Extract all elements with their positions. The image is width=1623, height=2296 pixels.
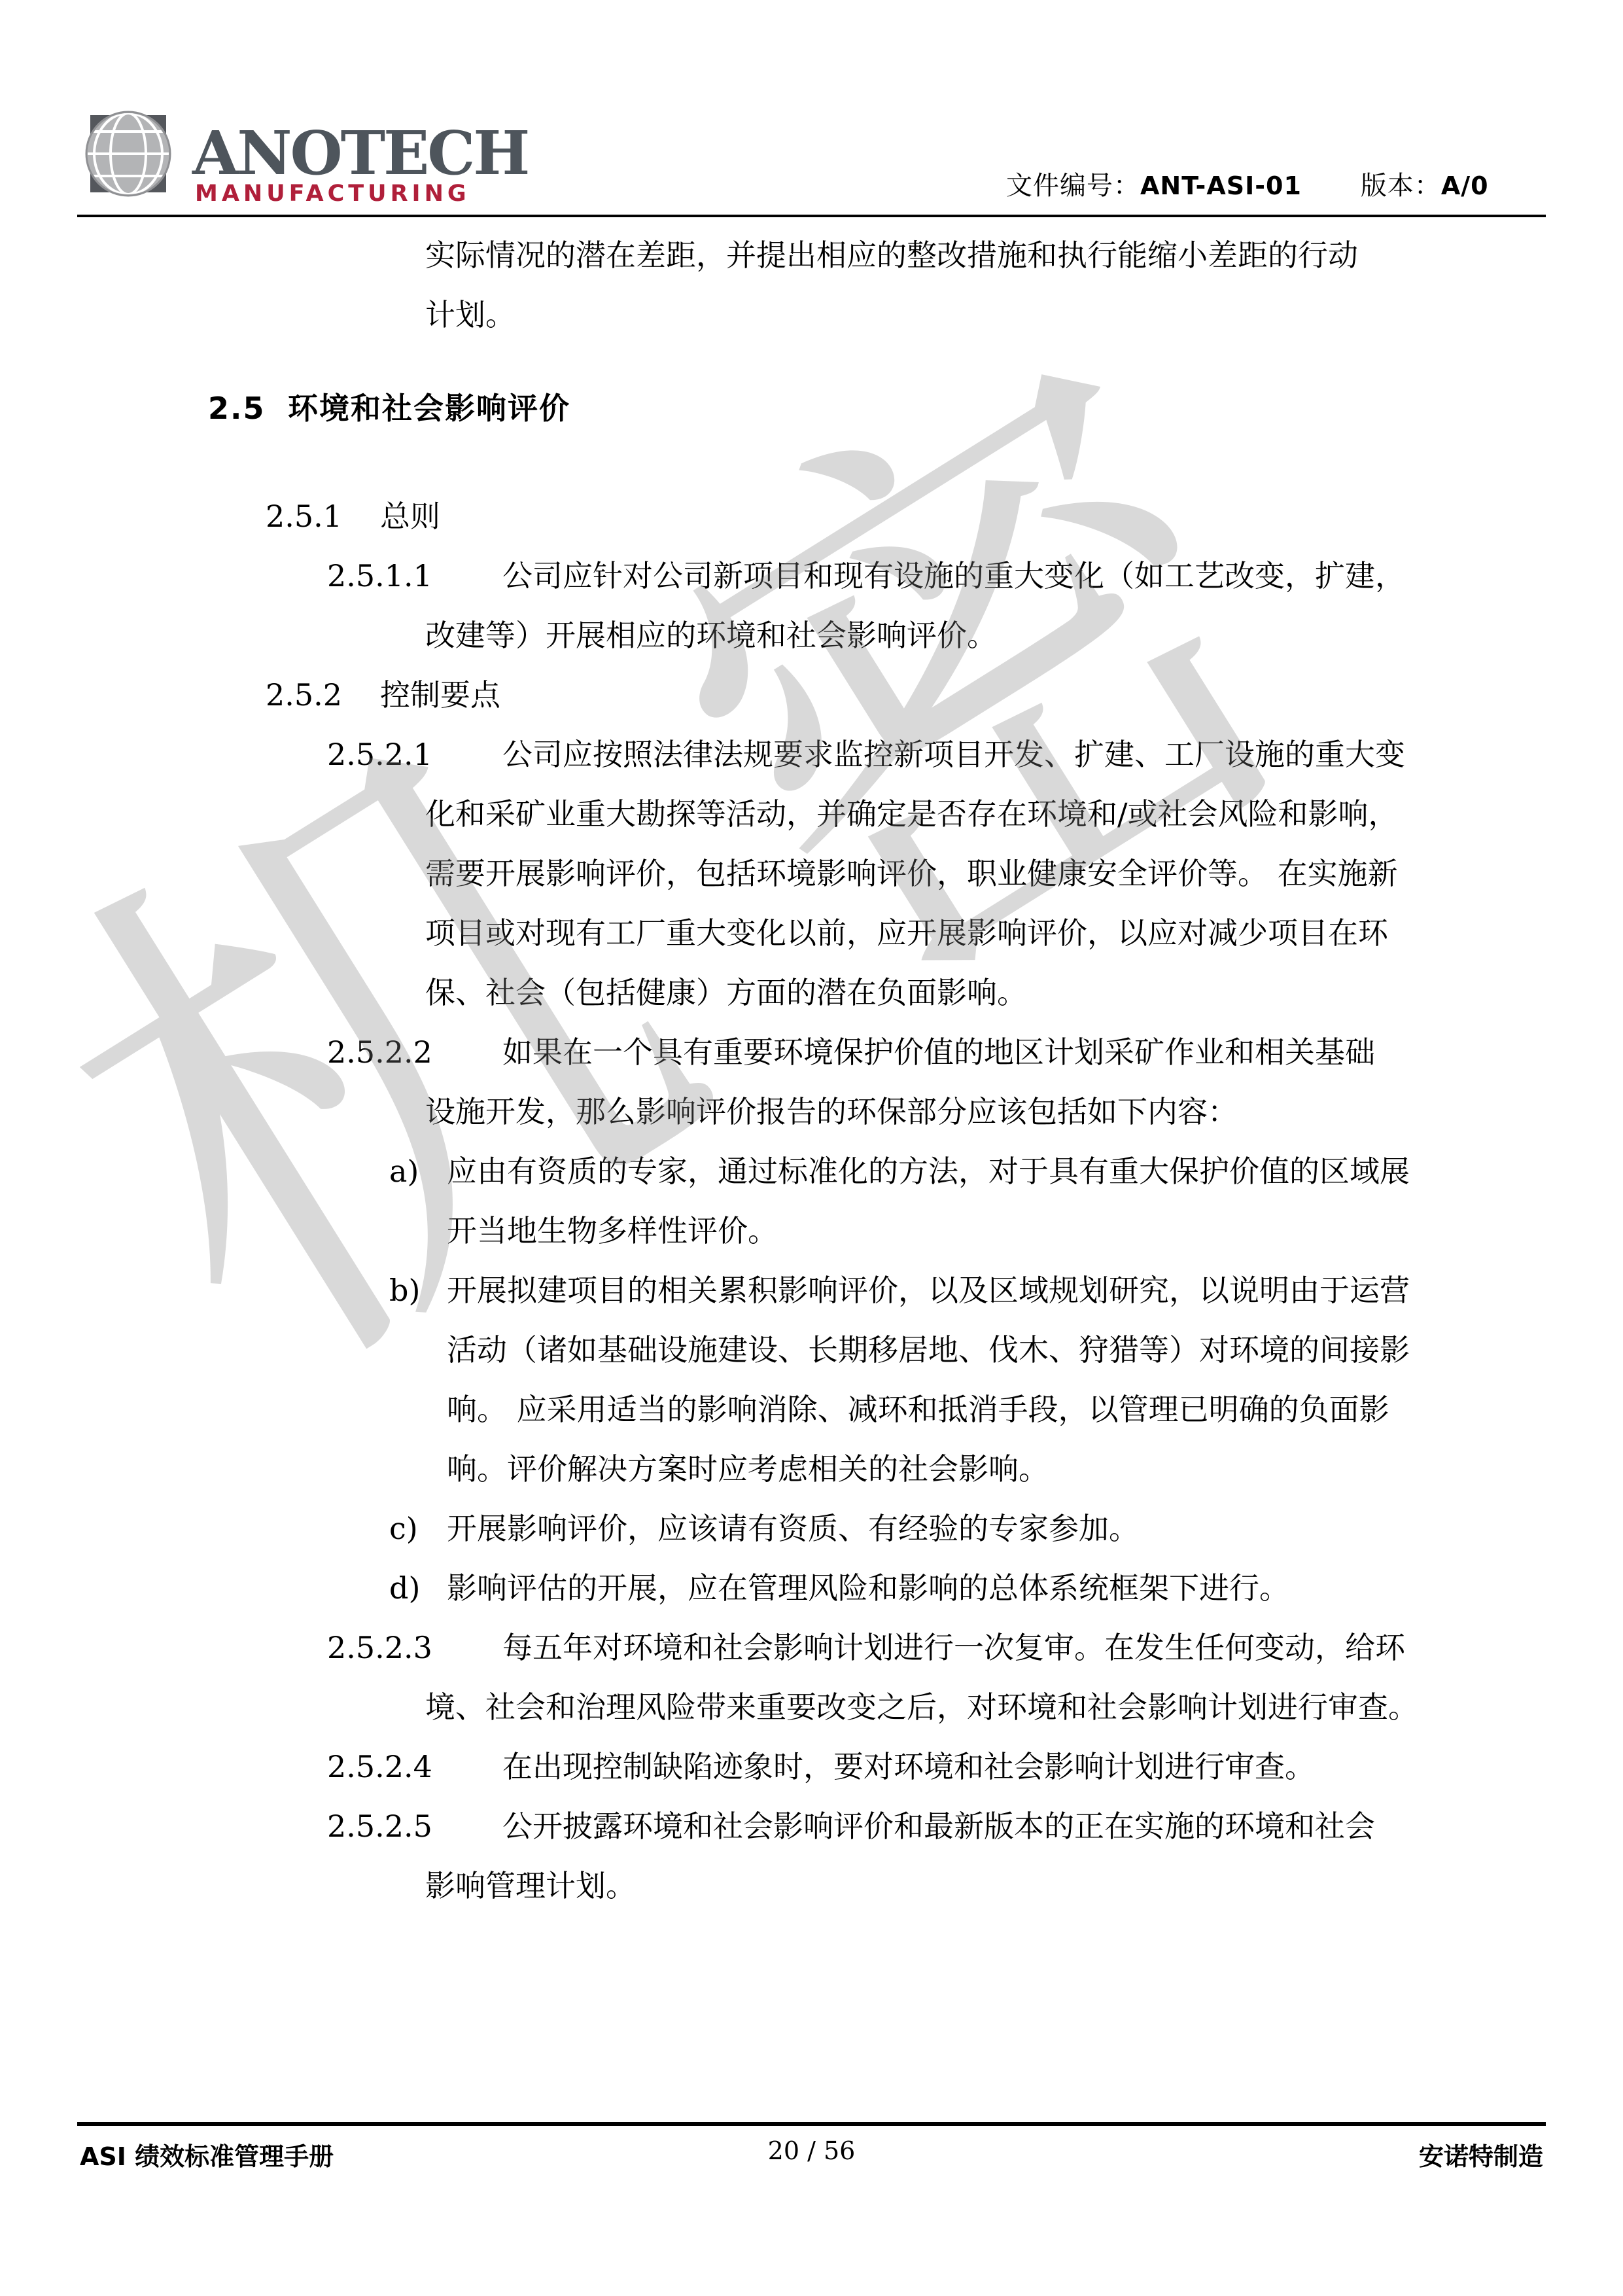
line-text: 活动（诸如基础设施建设、长期移居地、伐木、狩猎等）对环境的间接影 (447, 1332, 1410, 1368)
doc-no-label: 文件编号： (1006, 171, 1140, 201)
page-number: 20 / 56 (77, 2136, 1546, 2165)
doc-line: 境、社会和治理风险带来重要改变之后，对环境和社会影响计划进行审查。 (425, 1678, 1558, 1737)
list-item-d: d)影响评估的开展，应在管理风险和影响的总体系统框架下进行。 (389, 1559, 1558, 1618)
line-text: 公开披露环境和社会影响评价和最新版本的正在实施的环境和社会 (502, 1809, 1375, 1844)
line-text: 开展拟建项目的相关累积影响评价，以及区域规划研究，以说明由于运营 (447, 1273, 1410, 1308)
list-letter: c) (389, 1499, 447, 1559)
doc-line: 响。评价解决方案时应考虑相关的社会影响。 (447, 1439, 1558, 1499)
clause-2-5-2-2: 2.5.2.2如果在一个具有重要环境保护价值的地区计划采矿作业和相关基础 (327, 1023, 1558, 1082)
page-header: ANOTECH MANUFACTURING 文件编号：ANT-ASI-01版本：… (77, 0, 1546, 217)
document-number-line: 文件编号：ANT-ASI-01版本：A/0 (1006, 165, 1489, 202)
line-text: 计划。 (425, 297, 515, 332)
doc-line: 实际情况的潜在差距，并提出相应的整改措施和执行能缩小差距的行动 (425, 226, 1558, 285)
doc-line: 影响管理计划。 (425, 1856, 1558, 1916)
clause-number: 2.5.1 (266, 487, 380, 546)
doc-line: 响。 应采用适当的影响消除、减环和抵消手段，以管理已明确的负面影 (447, 1380, 1558, 1439)
clause-number: 2.5.2.4 (327, 1737, 502, 1797)
globe-icon (85, 112, 171, 196)
doc-no-value: ANT-ASI-01 (1140, 171, 1302, 200)
line-text: 改建等）开展相应的环境和社会影响评价。 (425, 618, 997, 653)
clause-number: 2.5.2.5 (327, 1797, 502, 1856)
list-letter: b) (389, 1261, 447, 1320)
line-text: 总则 (380, 499, 440, 534)
list-letter: a) (389, 1142, 447, 1201)
logo-graphic: ANOTECH MANUFACTURING (85, 105, 582, 204)
footer-company-name: 安诺特制造 (1419, 2136, 1543, 2172)
document-page: ANOTECH MANUFACTURING 文件编号：ANT-ASI-01版本：… (0, 0, 1623, 2296)
list-item-b: b)开展拟建项目的相关累积影响评价，以及区域规划研究，以说明由于运营 (389, 1261, 1558, 1320)
clause-number: 2.5.2.1 (327, 725, 502, 785)
list-item-a: a)应由有资质的专家，通过标准化的方法，对于具有重大保护价值的区域展 (389, 1142, 1558, 1201)
doc-line: 改建等）开展相应的环境和社会影响评价。 (425, 606, 1558, 665)
doc-line: 保、社会（包括健康）方面的潜在负面影响。 (425, 963, 1558, 1023)
clause-number: 2.5.2.2 (327, 1023, 502, 1082)
line-text: 公司应针对公司新项目和现有设施的重大变化（如工艺改变，扩建， (502, 558, 1405, 593)
logo-sub-text: MANUFACTURING (195, 181, 470, 204)
line-text: 公司应按照法律法规要求监控新项目开发、扩建、工厂设施的重大变 (502, 737, 1405, 772)
line-text: 在出现控制缺陷迹象时，要对环境和社会影响计划进行审查。 (502, 1749, 1315, 1784)
list-item-c: c)开展影响评价，应该请有资质、有经验的专家参加。 (389, 1499, 1558, 1559)
document-body: 实际情况的潜在差距，并提出相应的整改措施和执行能缩小差距的行动 计划。 2.5环… (79, 226, 1558, 1916)
section-heading-2-5: 2.5环境和社会影响评价 (208, 379, 1558, 438)
clause-number: 2.5.2.3 (327, 1618, 502, 1678)
doc-line: 设施开发，那么影响评价报告的环保部分应该包括如下内容： (425, 1082, 1558, 1142)
line-text: 环境和社会影响评价 (288, 391, 570, 426)
line-text: 需要开展影响评价，包括环境影响评价，职业健康安全评价等。 在实施新 (425, 856, 1398, 891)
line-text: 每五年对环境和社会影响计划进行一次复审。在发生任何变动，给环 (502, 1630, 1405, 1665)
doc-line: 项目或对现有工厂重大变化以前，应开展影响评价，以应对减少项目在环 (425, 904, 1558, 963)
line-text: 影响管理计划。 (425, 1868, 636, 1903)
footer-row: ASI 绩效标准管理手册 20 / 56 安诺特制造 (77, 2126, 1546, 2176)
clause-2-5-2-5: 2.5.2.5公开披露环境和社会影响评价和最新版本的正在实施的环境和社会 (327, 1797, 1558, 1856)
line-text: 响。评价解决方案时应考虑相关的社会影响。 (447, 1451, 1049, 1487)
line-text: 开当地生物多样性评价。 (447, 1213, 778, 1248)
clause-number: 2.5 (208, 379, 288, 438)
clause-2-5-2-4: 2.5.2.4在出现控制缺陷迹象时，要对环境和社会影响计划进行审查。 (327, 1737, 1558, 1797)
line-text: 控制要点 (380, 677, 500, 713)
logo-brand-text: ANOTECH (192, 118, 528, 188)
clause-2-5-2-3: 2.5.2.3每五年对环境和社会影响计划进行一次复审。在发生任何变动，给环 (327, 1618, 1558, 1678)
version-value: A/0 (1441, 171, 1489, 200)
list-letter: d) (389, 1559, 447, 1618)
version-label: 版本： (1361, 171, 1441, 201)
clause-number: 2.5.1.1 (327, 546, 502, 606)
clause-2-5-2: 2.5.2控制要点 (266, 665, 1558, 725)
clause-2-5-1: 2.5.1总则 (266, 487, 1558, 546)
clause-2-5-1-1: 2.5.1.1公司应针对公司新项目和现有设施的重大变化（如工艺改变，扩建， (327, 546, 1558, 606)
line-text: 如果在一个具有重要环境保护价值的地区计划采矿作业和相关基础 (502, 1034, 1375, 1070)
line-text: 境、社会和治理风险带来重要改变之后，对环境和社会影响计划进行审查。 (425, 1689, 1418, 1725)
clause-2-5-2-1: 2.5.2.1公司应按照法律法规要求监控新项目开发、扩建、工厂设施的重大变 (327, 725, 1558, 785)
doc-line: 计划。 (425, 285, 1558, 345)
page-footer: ASI 绩效标准管理手册 20 / 56 安诺特制造 (77, 2122, 1546, 2176)
line-text: 化和采矿业重大勘探等活动，并确定是否存在环境和/或社会风险和影响， (425, 796, 1399, 832)
doc-line: 需要开展影响评价，包括环境影响评价，职业健康安全评价等。 在实施新 (425, 844, 1558, 904)
clause-number: 2.5.2 (266, 665, 380, 725)
doc-line: 活动（诸如基础设施建设、长期移居地、伐木、狩猎等）对环境的间接影 (447, 1320, 1558, 1380)
company-logo: ANOTECH MANUFACTURING (85, 105, 582, 211)
line-text: 项目或对现有工厂重大变化以前，应开展影响评价，以应对减少项目在环 (425, 915, 1388, 951)
line-text: 保、社会（包括健康）方面的潜在负面影响。 (425, 975, 1027, 1010)
line-text: 实际情况的潜在差距，并提出相应的整改措施和执行能缩小差距的行动 (425, 238, 1358, 273)
doc-line: 化和采矿业重大勘探等活动，并确定是否存在环境和/或社会风险和影响， (425, 785, 1558, 844)
line-text: 响。 应采用适当的影响消除、减环和抵消手段，以管理已明确的负面影 (447, 1392, 1389, 1427)
doc-line: 开当地生物多样性评价。 (447, 1201, 1558, 1261)
line-text: 应由有资质的专家，通过标准化的方法，对于具有重大保护价值的区域展 (447, 1154, 1410, 1189)
line-text: 设施开发，那么影响评价报告的环保部分应该包括如下内容： (425, 1094, 1238, 1129)
line-text: 影响评估的开展，应在管理风险和影响的总体系统框架下进行。 (447, 1570, 1289, 1606)
line-text: 开展影响评价，应该请有资质、有经验的专家参加。 (447, 1511, 1139, 1546)
